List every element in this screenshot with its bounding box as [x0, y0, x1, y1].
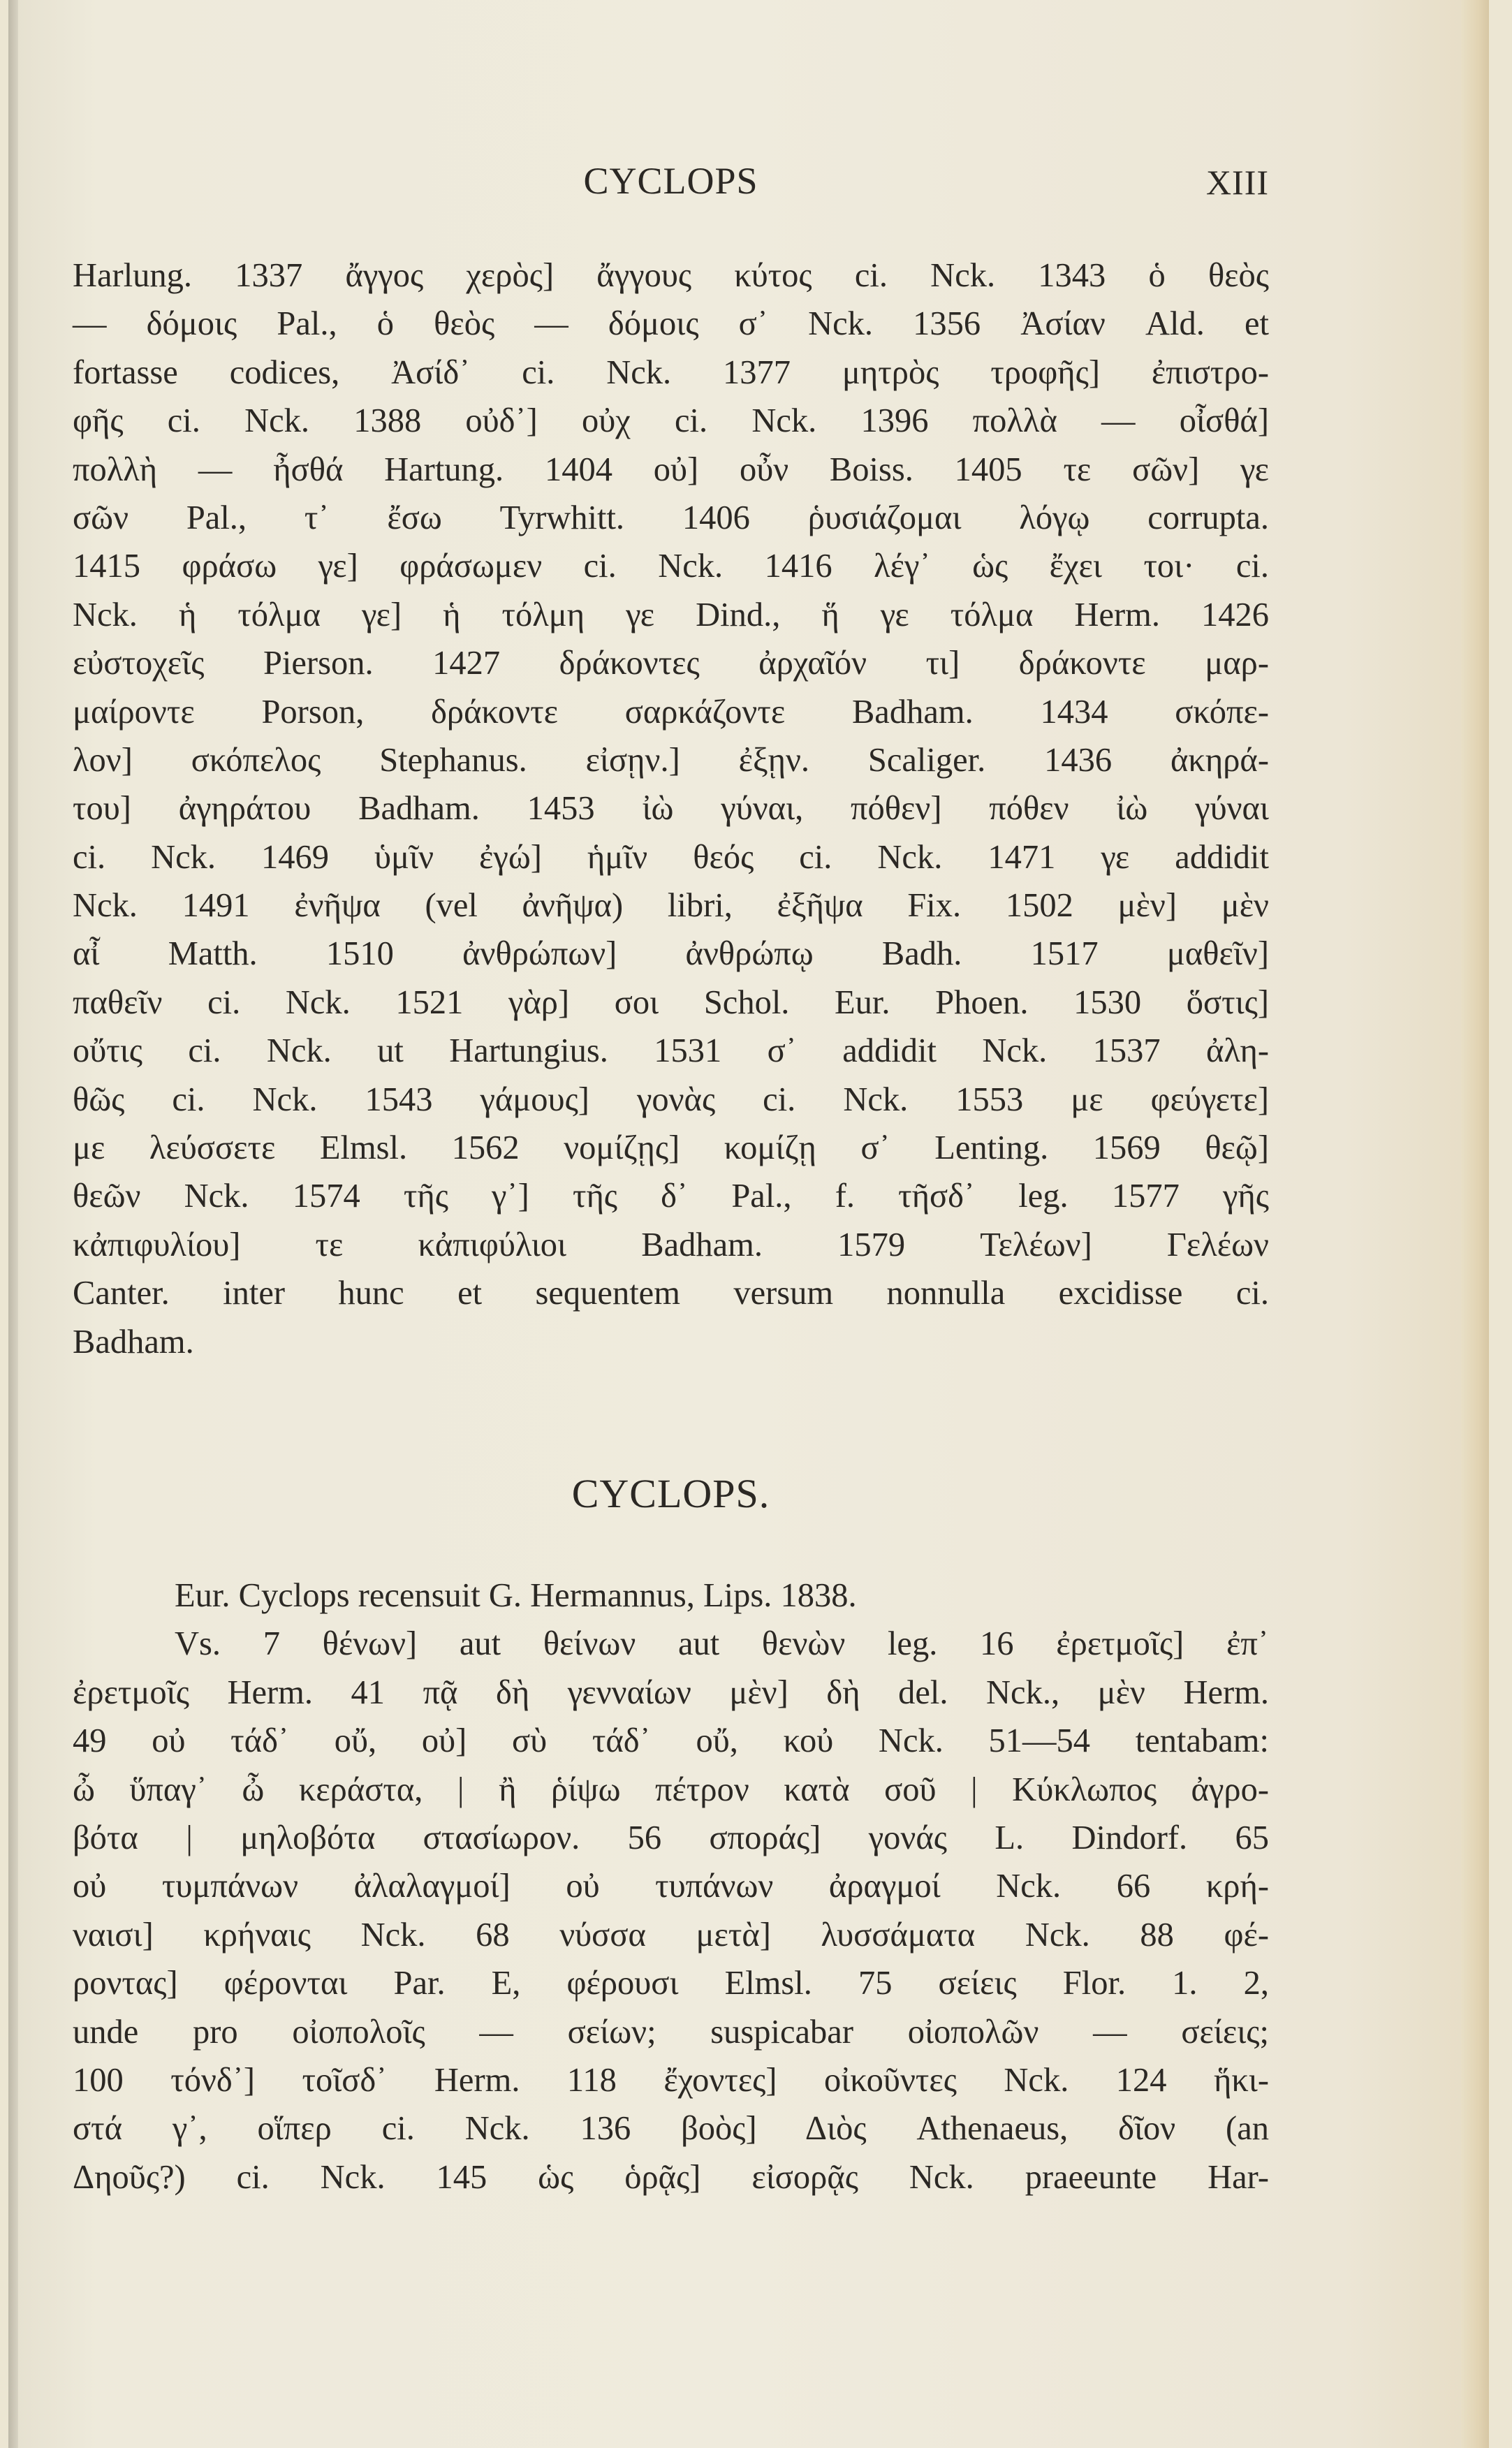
note-line: ναισι] κρήναις Nck. 68 νύσσα μετὰ] λυσσά… — [73, 1911, 1269, 1959]
note-line: του] ἀγηράτου Badham. 1453 ἰὼ γύναι, πόθ… — [73, 784, 1269, 833]
note-line: unde pro οἰοπολοῖς — σείων; suspicabar ο… — [73, 2008, 1269, 2056]
note-line: φῆς ci. Nck. 1388 οὐδ᾿] οὐχ ci. Nck. 139… — [73, 397, 1269, 445]
note-line: Nck. ἡ τόλμα γε] ἡ τόλμη γε Dind., ἥ γε … — [73, 591, 1269, 639]
running-head: CYCLOPS XIII — [73, 159, 1269, 208]
note-line: Vs. 7 θένων] aut θείνων aut θενὼν leg. 1… — [73, 1620, 1269, 1668]
note-line: στά γ᾿, οἵπερ ci. Nck. 136 βοὸς] Διὸς At… — [73, 2104, 1269, 2153]
note-line: μαίροντε Porson, δράκοντε σαρκάζοντε Bad… — [73, 688, 1269, 736]
note-line: Canter. inter hunc et sequentem versum n… — [73, 1269, 1269, 1317]
page-number: XIII — [1206, 162, 1269, 203]
note-line: θεῶν Nck. 1574 τῆς γ᾿] τῆς δ᾿ Pal., f. τ… — [73, 1172, 1269, 1220]
note-line: Badham. — [73, 1318, 1269, 1366]
note-line: με λεύσσετε Elmsl. 1562 νομίζῃς] κομίζῃ … — [73, 1124, 1269, 1172]
note-line: αἶ Matth. 1510 ἀνθρώπων] ἀνθρώπῳ Badh. 1… — [73, 930, 1269, 978]
note-line: θῶς ci. Nck. 1543 γάμους] γονὰς ci. Nck.… — [73, 1076, 1269, 1124]
note-line: ροντας] φέρονται Par. E, φέρουσι Elmsl. … — [73, 1959, 1269, 2007]
note-line: fortasse codices, Ἀσίδ᾿ ci. Nck. 1377 μη… — [73, 349, 1269, 397]
note-line: πολλὴ — ἦσθά Hartung. 1404 οὐ] οὖν Boiss… — [73, 446, 1269, 494]
note-line: εὐστοχεῖς Pierson. 1427 δράκοντες ἀρχαῖό… — [73, 639, 1269, 687]
note-line: παθεῖν ci. Nck. 1521 γὰρ] σοι Schol. Eur… — [73, 979, 1269, 1027]
note-line: βότα | μηλοβότα στασίωρον. 56 σποράς] γο… — [73, 1814, 1269, 1862]
note-line: Δηοῦς?) ci. Nck. 145 ὡς ὁρᾷς] εἰσορᾷς Nc… — [73, 2153, 1269, 2201]
note-line: ὦ ὕπαγ᾿ ὦ κεράστα, | ἢ ῥίψω πέτρον κατὰ … — [73, 1766, 1269, 1814]
note-line: σῶν Pal., τ᾿ ἔσω Tyrwhitt. 1406 ῥυσιάζομ… — [73, 494, 1269, 542]
section-heading: CYCLOPS. — [73, 1470, 1269, 1517]
edition-line: Eur. Cyclops recensuit G. Hermannus, Lip… — [73, 1571, 1269, 1620]
note-line: 1415 φράσω γε] φράσωμεν ci. Nck. 1416 λέ… — [73, 542, 1269, 590]
critical-notes-continued: Harlung. 1337 ἄγγος χερὸς] ἄγγους κύτος … — [73, 251, 1269, 1366]
note-line: Nck. 1491 ἐνῆψα (vel ἀνῆψα) libri, ἐξῆψα… — [73, 881, 1269, 930]
note-line: 49 οὐ τάδ᾿ οὔ, οὐ] σὺ τάδ᾿ οὔ, κοὐ Nck. … — [73, 1717, 1269, 1765]
note-line: ἐρετμοῖς Herm. 41 πᾷ δὴ γενναίων μὲν] δὴ… — [73, 1669, 1269, 1717]
note-line: ci. Nck. 1469 ὑμῖν ἐγώ] ἡμῖν θεός ci. Nc… — [73, 833, 1269, 881]
note-line: κἀπιφυλίου] τε κἀπιφύλιοι Badham. 1579 Τ… — [73, 1221, 1269, 1269]
page-gutter — [8, 0, 18, 2448]
note-line: 100 τόνδ᾿] τοῖσδ᾿ Herm. 118 ἔχοντες] οἰκ… — [73, 2056, 1269, 2104]
running-head-title: CYCLOPS — [73, 159, 1269, 203]
note-line: Harlung. 1337 ἄγγος χερὸς] ἄγγους κύτος … — [73, 251, 1269, 300]
page-fore-edge — [1461, 0, 1489, 2448]
critical-notes-cyclops: Eur. Cyclops recensuit G. Hermannus, Lip… — [73, 1571, 1269, 2201]
note-line: — δόμοις Pal., ὁ θεὸς — δόμοις σ᾿ Nck. 1… — [73, 300, 1269, 348]
note-line: λον] σκόπελος Stephanus. εἰσῃν.] ἐξῃν. S… — [73, 736, 1269, 784]
note-line: οὔτις ci. Nck. ut Hartungius. 1531 σ᾿ ad… — [73, 1027, 1269, 1075]
note-line: οὐ τυμπάνων ἀλαλαγμοί] οὐ τυπάνων ἀραγμο… — [73, 1862, 1269, 1910]
